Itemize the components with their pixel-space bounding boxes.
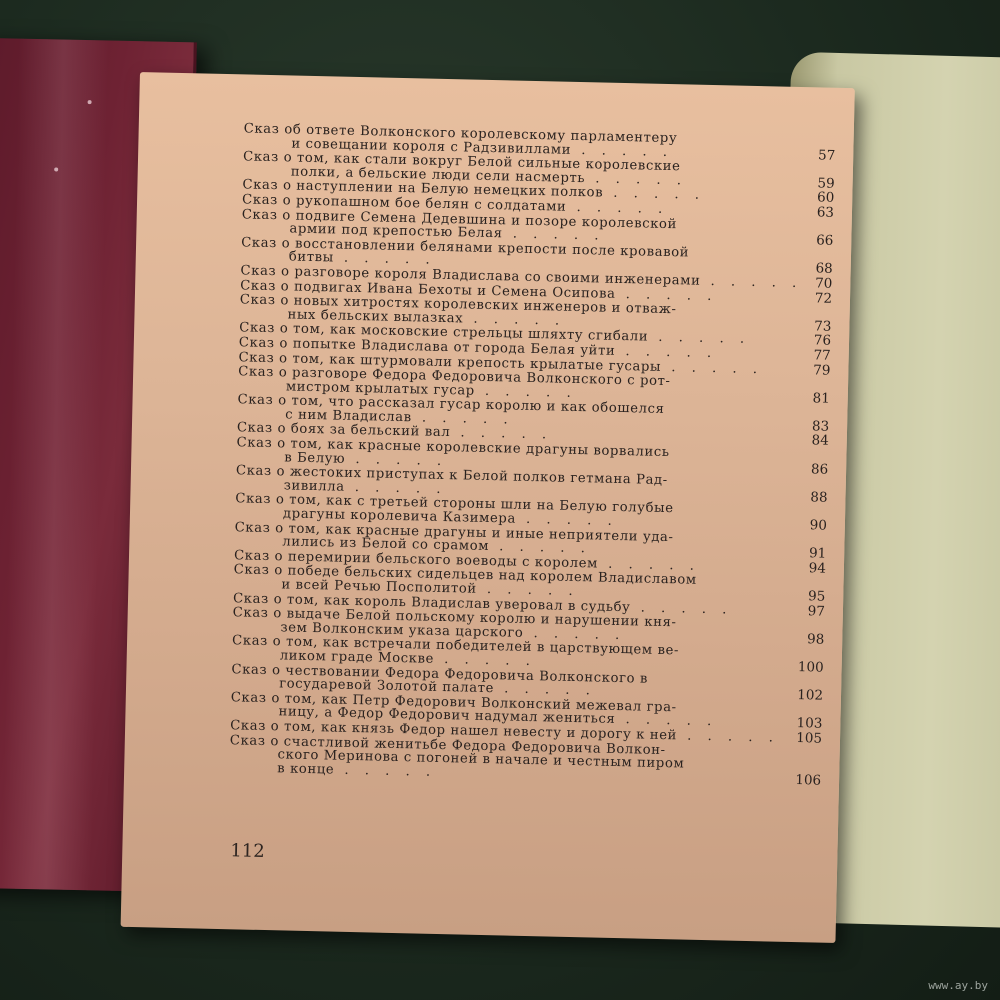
page-number: 112 bbox=[230, 840, 265, 862]
leader-dots: . . . . . bbox=[677, 728, 779, 745]
toc-page-number: 94 bbox=[809, 562, 826, 576]
book-page: Сказ об ответе Волконского королевскому … bbox=[121, 72, 855, 943]
toc-page-number: 84 bbox=[811, 435, 828, 449]
toc-page-number: 88 bbox=[810, 491, 827, 505]
toc-page-number: 86 bbox=[811, 463, 828, 477]
toc-page-number: 90 bbox=[810, 519, 827, 533]
cover-speck bbox=[88, 100, 92, 104]
toc-page-number: 57 bbox=[818, 149, 835, 163]
toc-page-number: 72 bbox=[815, 292, 832, 306]
toc-page-number: 63 bbox=[817, 206, 834, 220]
table-of-contents: Сказ об ответе Волконского королевскому … bbox=[229, 122, 804, 788]
cover-speck bbox=[54, 167, 58, 171]
watermark: www.ay.by bbox=[928, 979, 988, 992]
toc-page-number: 79 bbox=[813, 364, 830, 378]
cover-sheen bbox=[1, 39, 109, 891]
toc-page-number: 98 bbox=[807, 633, 824, 647]
toc-page-number: 106 bbox=[795, 774, 821, 788]
toc-page-number: 102 bbox=[797, 689, 823, 703]
leader-dots: . . . . . bbox=[334, 762, 436, 779]
toc-page-number: 66 bbox=[816, 235, 833, 249]
leader-dots: . . . . . bbox=[661, 359, 763, 376]
toc-page-number: 95 bbox=[808, 590, 825, 604]
toc-page-number: 97 bbox=[808, 605, 825, 619]
toc-page-number: 100 bbox=[798, 661, 824, 675]
toc-page-number: 77 bbox=[813, 349, 830, 363]
toc-page-number: 105 bbox=[796, 732, 822, 746]
toc-page-number: 70 bbox=[815, 277, 832, 291]
toc-page-number: 81 bbox=[812, 392, 829, 406]
